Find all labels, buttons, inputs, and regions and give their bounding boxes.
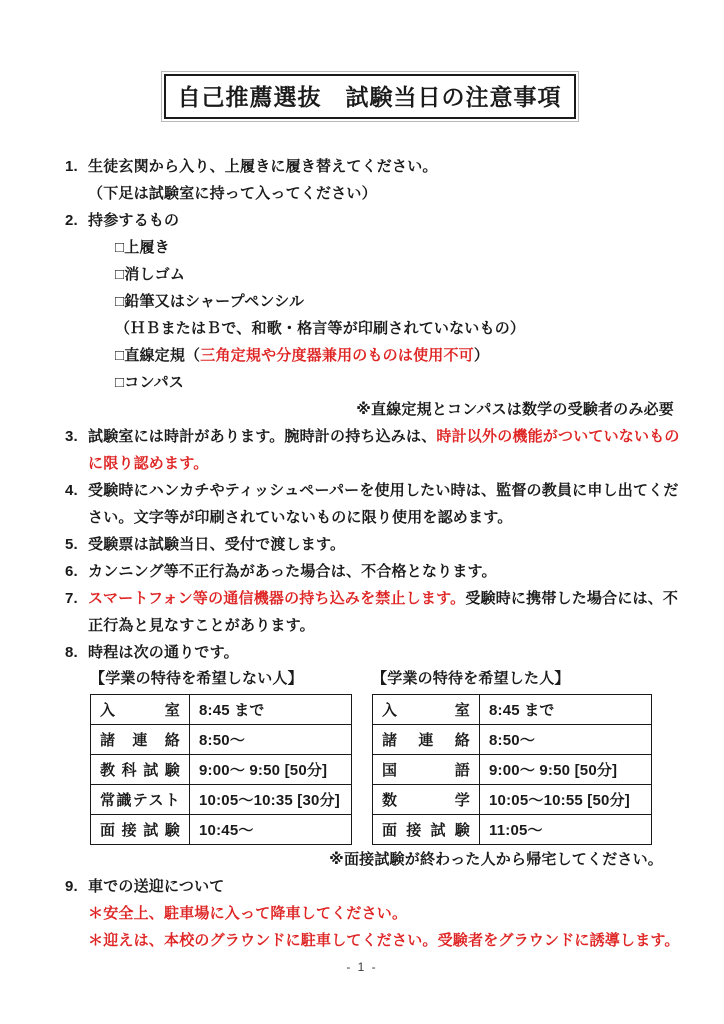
schedule-row: 入室8:45 まで: [91, 695, 352, 725]
schedule-row: 常識テスト10:05～10:35 [30分]: [91, 785, 352, 815]
subject-cell: 諸連絡: [91, 725, 190, 755]
subject-cell: 入室: [91, 695, 190, 725]
footer-page-number: - 1 -: [0, 960, 724, 974]
checklist-item: □鉛筆又はシャープペンシル: [115, 288, 688, 315]
time-cell: 8:50～: [480, 725, 652, 755]
subject-cell: 数学: [373, 785, 480, 815]
item-body: 受験時にハンカチやティッシュペーパーを使用したい時は、監督の教員に申し出てくださ…: [88, 477, 688, 531]
document-page: 自己推薦選抜 試験当日の注意事項 1. 生徒玄関から入り、上履きに履き替えてくだ…: [0, 0, 724, 1024]
item-number: 8.: [65, 639, 88, 666]
item3-text: 試験室には時計があります。腕時計の持ち込みは、時計以外の機能がついていないものに…: [88, 423, 688, 477]
item-number: 3.: [65, 423, 88, 477]
subject-cell: 諸連絡: [373, 725, 480, 755]
list-item-2: 2. 持参するもの □上履き □消しゴム □鉛筆又はシャープペンシル （ＨＢまた…: [65, 207, 688, 423]
item9-label: 車での送迎について: [88, 873, 688, 900]
time-cell: 10:45～: [190, 815, 352, 845]
schedule-tables: 【学業の特待を希望しない人】 入室8:45 まで 諸連絡8:50～ 教科試験9:…: [90, 666, 665, 845]
item2-label: 持参するもの: [88, 207, 688, 234]
schedule-row: 諸連絡8:50～: [373, 725, 652, 755]
checklist-item: □消しゴム: [115, 261, 688, 288]
schedule-row: 入室8:45 まで: [373, 695, 652, 725]
subject-cell: 面接試験: [373, 815, 480, 845]
item8-text: 時程は次の通りです。: [88, 639, 688, 666]
item-body: 時程は次の通りです。: [88, 639, 688, 666]
schedule-left-block: 【学業の特待を希望しない人】 入室8:45 まで 諸連絡8:50～ 教科試験9:…: [90, 666, 352, 845]
schedule-row: 教科試験9:00～ 9:50 [50分]: [91, 755, 352, 785]
schedule-right-block: 【学業の特待を希望した人】 入室8:45 まで 諸連絡8:50～ 国語9:00～…: [372, 666, 652, 845]
item-number: 2.: [65, 207, 88, 423]
item-number: 1.: [65, 153, 88, 207]
schedule-row: 諸連絡8:50～: [91, 725, 352, 755]
checklist-item-note: （ＨＢまたはＢで、和歌・格言等が印刷されていないもの）: [115, 315, 688, 342]
item-number: 4.: [65, 477, 88, 531]
item6-text: カンニング等不正行為があった場合は、不合格となります。: [88, 558, 688, 585]
item-body: 受験票は試験当日、受付で渡します。: [88, 531, 688, 558]
item-number: 6.: [65, 558, 88, 585]
item5-text: 受験票は試験当日、受付で渡します。: [88, 531, 688, 558]
ruler-warning-text: 三角定規や分度器兼用のものは使用不可: [200, 347, 474, 364]
bring-items-checklist: □上履き □消しゴム □鉛筆又はシャープペンシル （ＨＢまたはＢで、和歌・格言等…: [88, 234, 688, 396]
time-cell: 8:45 まで: [480, 695, 652, 725]
time-cell: 10:05～10:55 [50分]: [480, 785, 652, 815]
time-cell: 9:00～ 9:50 [50分]: [480, 755, 652, 785]
schedule-right-caption: 【学業の特待を希望した人】: [372, 666, 652, 692]
checklist-item: □コンパス: [115, 369, 688, 396]
time-cell: 10:05～10:35 [30分]: [190, 785, 352, 815]
item-number: 9.: [65, 873, 88, 954]
item3-plain: 試験室には時計があります。腕時計の持ち込みは、: [88, 428, 436, 445]
subject-cell: 国語: [373, 755, 480, 785]
schedule-left-caption: 【学業の特待を希望しない人】: [90, 666, 352, 692]
item4-text: 受験時にハンカチやティッシュペーパーを使用したい時は、監督の教員に申し出てくださ…: [88, 477, 688, 531]
item7-text: スマートフォン等の通信機器の持ち込みを禁止します。受験時に携帯した場合には、不正…: [88, 585, 688, 639]
list-item-1: 1. 生徒玄関から入り、上履きに履き替えてください。 （下足は試験室に持って入っ…: [65, 153, 688, 207]
list-item-6: 6. カンニング等不正行為があった場合は、不合格となります。: [65, 558, 688, 585]
list-item-3: 3. 試験室には時計があります。腕時計の持ち込みは、時計以外の機能がついていない…: [65, 423, 688, 477]
item9-star-note-2: ＊迎えは、本校のグラウンドに駐車してください。受験者をグラウンドに誘導します。: [88, 927, 688, 954]
subject-cell: 入室: [373, 695, 480, 725]
list-item-8: 8. 時程は次の通りです。: [65, 639, 688, 666]
item7-prohibition: スマートフォン等の通信機器の持ち込みを禁止します。: [88, 590, 465, 607]
ruler-text: □直線定規（: [115, 347, 200, 364]
time-cell: 11:05～: [480, 815, 652, 845]
item-body: 試験室には時計があります。腕時計の持ち込みは、時計以外の機能がついていないものに…: [88, 423, 688, 477]
time-cell: 9:00～ 9:50 [50分]: [190, 755, 352, 785]
item1-text: 生徒玄関から入り、上履きに履き替えてください。: [88, 153, 688, 180]
schedule-table-scholarship: 入室8:45 まで 諸連絡8:50～ 国語9:00～ 9:50 [50分] 数学…: [372, 694, 652, 845]
schedule-row: 面接試験10:45～: [91, 815, 352, 845]
item-number: 5.: [65, 531, 88, 558]
subject-cell: 面接試験: [91, 815, 190, 845]
schedule-row: 数学10:05～10:55 [50分]: [373, 785, 652, 815]
subject-cell: 教科試験: [91, 755, 190, 785]
list-item-5: 5. 受験票は試験当日、受付で渡します。: [65, 531, 688, 558]
list-item-7: 7. スマートフォン等の通信機器の持ち込みを禁止します。受験時に携帯した場合には…: [65, 585, 688, 639]
item-body: カンニング等不正行為があった場合は、不合格となります。: [88, 558, 688, 585]
schedule-row: 国語9:00～ 9:50 [50分]: [373, 755, 652, 785]
ruler-compass-note: ※直線定規とコンパスは数学の受験者のみ必要: [88, 396, 688, 423]
page-title: 自己推薦選抜 試験当日の注意事項: [164, 74, 576, 119]
title-row: 自己推薦選抜 試験当日の注意事項: [51, 74, 688, 119]
list-item-4: 4. 受験時にハンカチやティッシュペーパーを使用したい時は、監督の教員に申し出て…: [65, 477, 688, 531]
item-body: 車での送迎について ＊安全上、駐車場に入って降車してください。 ＊迎えは、本校の…: [88, 873, 688, 954]
subject-cell: 常識テスト: [91, 785, 190, 815]
list-item-9: 9. 車での送迎について ＊安全上、駐車場に入って降車してください。 ＊迎えは、…: [65, 873, 688, 954]
item-number: 7.: [65, 585, 88, 639]
schedule-table-no-scholarship: 入室8:45 まで 諸連絡8:50～ 教科試験9:00～ 9:50 [50分] …: [90, 694, 352, 845]
ruler-text-close: ）: [474, 347, 489, 364]
item-body: スマートフォン等の通信機器の持ち込みを禁止します。受験時に携帯した場合には、不正…: [88, 585, 688, 639]
item-body: 持参するもの □上履き □消しゴム □鉛筆又はシャープペンシル （ＨＢまたはＢで…: [88, 207, 688, 423]
item9-star-note-1: ＊安全上、駐車場に入って降車してください。: [88, 900, 688, 927]
checklist-item: □上履き: [115, 234, 688, 261]
checklist-item-ruler: □直線定規（三角定規や分度器兼用のものは使用不可）: [115, 342, 688, 369]
time-cell: 8:45 まで: [190, 695, 352, 725]
item-body: 生徒玄関から入り、上履きに履き替えてください。 （下足は試験室に持って入ってくだ…: [88, 153, 688, 207]
item1-paren-note: （下足は試験室に持って入ってください）: [88, 180, 688, 207]
schedule-row: 面接試験11:05～: [373, 815, 652, 845]
interview-return-note: ※面接試験が終わった人から帰宅してください。: [90, 846, 665, 873]
schedule-section: 【学業の特待を希望しない人】 入室8:45 まで 諸連絡8:50～ 教科試験9:…: [90, 666, 665, 873]
time-cell: 8:50～: [190, 725, 352, 755]
